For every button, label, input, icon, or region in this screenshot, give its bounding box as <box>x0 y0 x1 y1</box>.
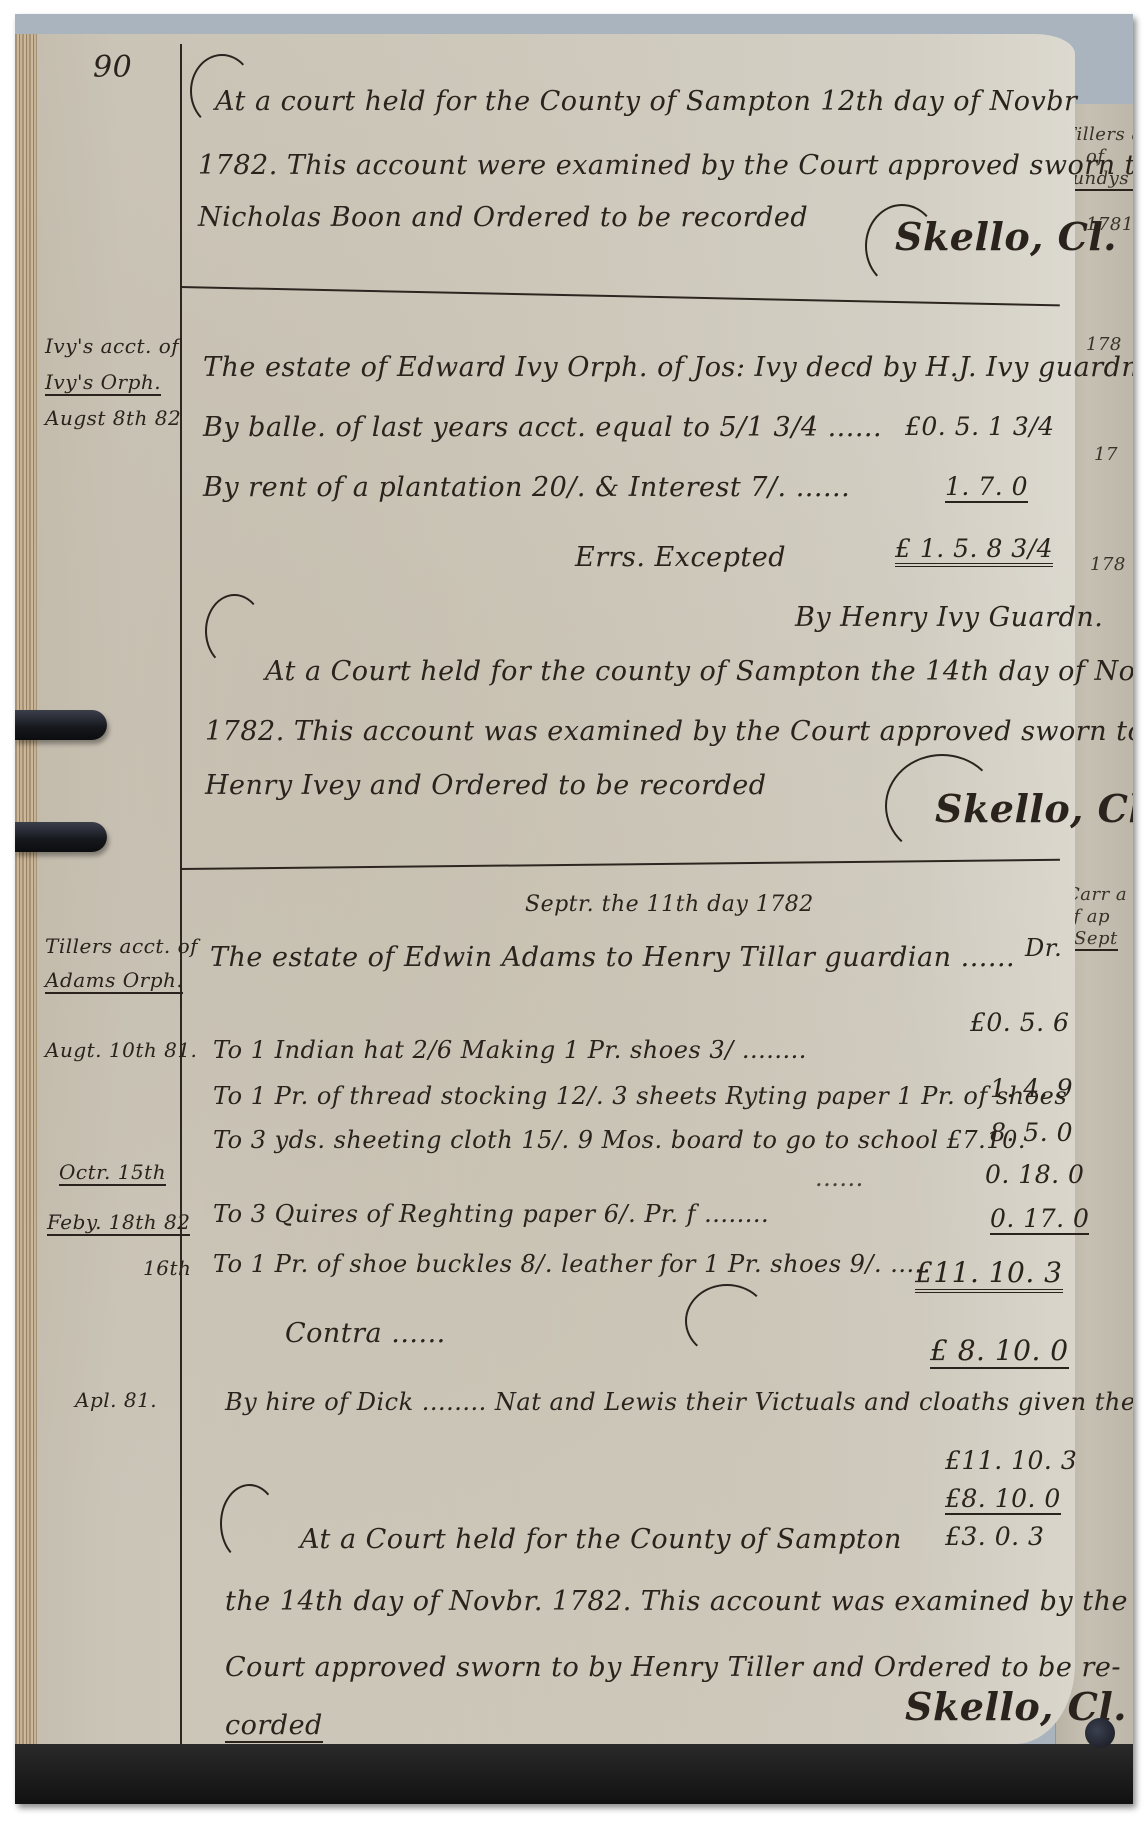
court-line: At a Court held for the County of Sampto… <box>300 1524 902 1555</box>
account-item-text: To 1 Pr. of shoe buckles 8/. leather for… <box>213 1250 931 1278</box>
account-item-amount: £0. 5. 1 3/4 <box>905 412 1055 441</box>
photo-frame: Tillers ac of Lundys Or 1781 178 17 178 … <box>15 14 1133 1804</box>
date-heading: Septr. the 11th day 1782 <box>525 892 814 917</box>
court-line: 1782. This account was examined by the C… <box>205 716 1133 747</box>
account-total: £ 1. 5. 8 3/4 <box>895 534 1053 567</box>
margin-note: Ivy's acct. of <box>45 334 179 358</box>
margin-note: Adams Orph. <box>45 968 183 994</box>
clerk-signature: Skello, Cl. <box>895 214 1117 259</box>
margin-note: Octr. 15th <box>59 1160 166 1186</box>
adjacent-fragment: Carr a <box>1066 884 1127 905</box>
balance-difference: £3. 0. 3 <box>945 1522 1044 1551</box>
margin-note: Apl. 81. <box>75 1388 157 1412</box>
debit-column-header: Dr. <box>1025 934 1062 962</box>
guardian-by-line: By Henry Ivy Guardn. <box>795 602 1103 633</box>
account-item-text: By balle. of last years acct. equal to 5… <box>203 412 882 443</box>
page-edges <box>15 34 37 1744</box>
contra-label: Contra ...... <box>285 1318 446 1349</box>
account-item-text: To 1 Indian hat 2/6 Making 1 Pr. shoes 3… <box>213 1036 807 1064</box>
binder-ring <box>15 822 107 852</box>
account-total: £11. 10. 3 <box>915 1256 1063 1293</box>
entry-line: 1782. This account were examined by the … <box>198 150 1133 181</box>
account-item-text: To 1 Pr. of thread stocking 12/. 3 sheet… <box>213 1082 1067 1110</box>
margin-note: Augt. 10th 81. <box>45 1038 197 1062</box>
account-item-amount: 8. 5. 0 <box>990 1118 1073 1147</box>
margin-rule <box>180 44 182 1744</box>
clerk-signature: Skello, Cl. <box>935 786 1133 831</box>
adjacent-fragment: 17 <box>1094 444 1118 465</box>
account-item-amount: 0. 18. 0 <box>985 1160 1084 1189</box>
account-title: The estate of Edward Ivy Orph. of Jos: I… <box>203 352 1133 383</box>
table-surface <box>15 1744 1133 1804</box>
margin-note: Augst 8th 82 <box>45 406 181 430</box>
screw <box>1085 1718 1115 1748</box>
margin-note: Tillers acct. of <box>45 934 198 958</box>
adjacent-fragment: Sept <box>1074 928 1118 951</box>
errors-excepted: Errs. Excepted <box>575 542 786 573</box>
flourish-decoration <box>685 1284 769 1358</box>
binder-ring <box>15 710 107 740</box>
court-line: corded <box>225 1710 323 1743</box>
court-line: the 14th day of Novbr. 1782. This accoun… <box>225 1586 1128 1617</box>
entry-line: At a court held for the County of Sampto… <box>215 86 1077 117</box>
margin-note: Ivy's Orph. <box>45 370 161 396</box>
entry-divider <box>180 859 1060 870</box>
account-item-amount: 1. 4. 9 <box>990 1074 1073 1103</box>
court-line: Henry Ivey and Ordered to be recorded <box>205 770 767 801</box>
account-item-amount: 0. 17. 0 <box>990 1204 1089 1235</box>
account-title: The estate of Edwin Adams to Henry Tilla… <box>210 942 1015 973</box>
account-item-text: ...... <box>815 1164 864 1192</box>
account-item-amount: £0. 5. 6 <box>970 1008 1069 1037</box>
page-number: 90 <box>93 50 132 85</box>
court-line: Court approved sworn to by Henry Tiller … <box>225 1652 1121 1683</box>
court-line: At a Court held for the county of Sampto… <box>265 656 1133 687</box>
balance-debit: £11. 10. 3 <box>945 1446 1077 1475</box>
entry-divider <box>180 286 1060 306</box>
flourish-decoration <box>205 594 264 668</box>
entry-line: Nicholas Boon and Ordered to be recorded <box>198 202 808 233</box>
account-item-amount: 1. 7. 0 <box>945 472 1028 503</box>
balance-credit: £8. 10. 0 <box>945 1484 1061 1515</box>
adjacent-fragment: 178 <box>1090 554 1126 575</box>
account-item-text: By rent of a plantation 20/. & Interest … <box>203 472 850 503</box>
margin-note: 16th <box>143 1256 191 1280</box>
account-item-text: To 3 yds. sheeting cloth 15/. 9 Mos. boa… <box>213 1126 1026 1154</box>
ledger-page: 90 At a court held for the County of Sam… <box>15 34 1075 1744</box>
contra-item-text: By hire of Dick ........ Nat and Lewis t… <box>225 1388 1133 1416</box>
contra-amount: £ 8. 10. 0 <box>930 1334 1069 1369</box>
account-item-text: To 3 Quires of Reghting paper 6/. Pr. f … <box>213 1200 769 1228</box>
margin-note: Feby. 18th 82 <box>47 1210 190 1236</box>
flourish-decoration <box>220 1484 279 1563</box>
